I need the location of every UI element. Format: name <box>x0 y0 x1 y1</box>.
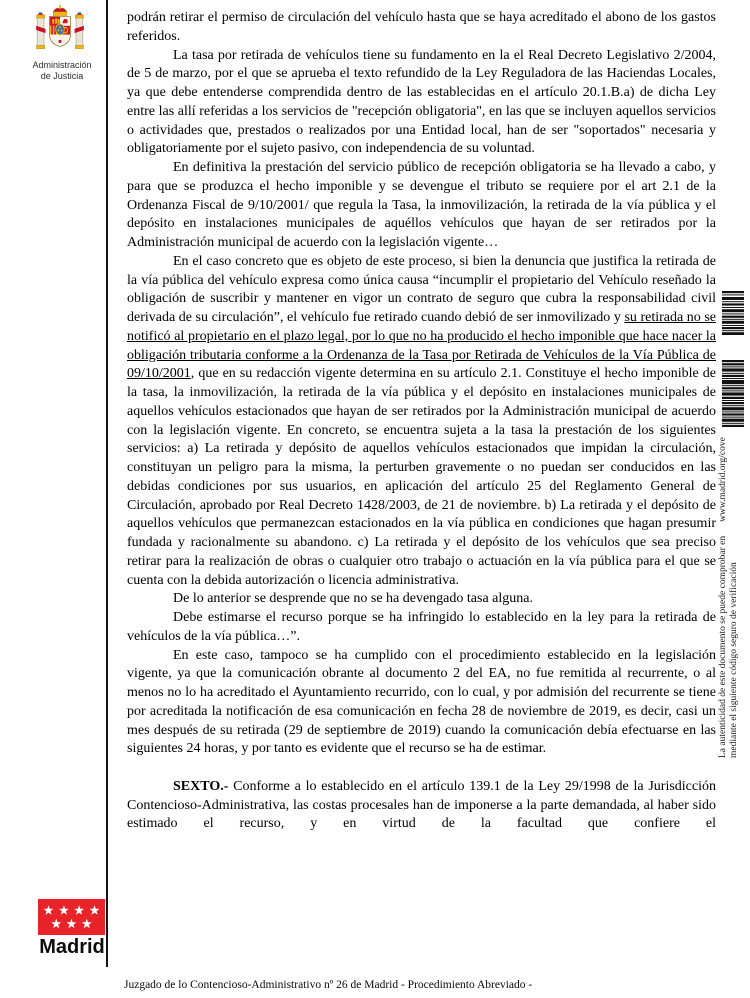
text-segment-normal: podrán retirar el permiso de circulación… <box>127 10 716 44</box>
paragraph: La tasa por retirada de vehículos tiene … <box>127 47 716 160</box>
verification-line1-text: La autenticidad de este documento se pue… <box>718 536 728 758</box>
paragraph: En definitiva la prestación del servicio… <box>127 159 716 253</box>
text-segment-normal: , que en su redacción vigente determina … <box>127 366 716 587</box>
verification-line1: La autenticidad de este documento se pue… <box>718 426 729 758</box>
text-segment-normal: En definitiva la prestación del servicio… <box>127 160 716 250</box>
footer-court-line: Juzgado de lo Contencioso-Administrativo… <box>124 979 684 991</box>
paragraph: En este caso, tampoco se ha cumplido con… <box>127 647 716 760</box>
verification-url: www.madrid.org/cove <box>718 437 728 522</box>
paragraph: Debe estimarse el recurso porque se ha i… <box>127 609 716 647</box>
document-body: podrán retirar el permiso de circulación… <box>127 9 716 834</box>
madrid-logo-label: Madrid <box>30 936 114 959</box>
paragraph: podrán retirar el permiso de circulación… <box>127 9 716 47</box>
barcode-icon <box>722 291 744 335</box>
org-name-line2: de Justicia <box>14 71 110 82</box>
org-name: Administración de Justicia <box>14 60 110 81</box>
barcode-icon <box>722 360 744 427</box>
paragraph: De lo anterior se desprende que no se ha… <box>127 590 716 609</box>
paragraph: SEXTO.- Conforme a lo establecido en el … <box>127 778 716 834</box>
text-segment-normal: La tasa por retirada de vehículos tiene … <box>127 48 716 157</box>
verification-line2: mediante el siguiente código seguro de v… <box>729 426 740 758</box>
paragraph: En el caso concreto que es objeto de est… <box>127 253 716 591</box>
madrid-flag-icon <box>38 899 105 935</box>
text-segment-bold: SEXTO.- <box>173 779 228 794</box>
text-segment-normal: Debe estimarse el recurso porque se ha i… <box>127 610 716 644</box>
document-page: Administración de Justicia podrán retira… <box>0 0 750 998</box>
text-segment-normal: De lo anterior se desprende que no se ha… <box>173 591 533 606</box>
verification-text: La autenticidad de este documento se pue… <box>718 426 740 758</box>
text-segment-normal: En este caso, tampoco se ha cumplido con… <box>127 648 716 757</box>
spain-coat-of-arms-icon <box>36 4 84 58</box>
org-name-line1: Administración <box>14 60 110 71</box>
vertical-divider <box>106 0 108 967</box>
